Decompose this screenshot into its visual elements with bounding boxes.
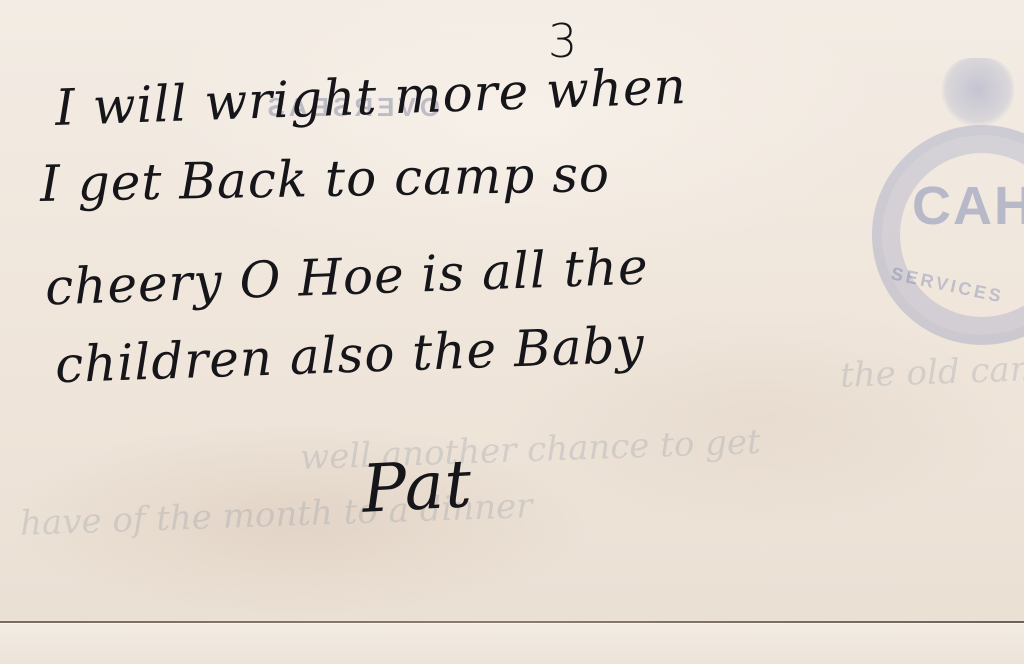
letter-line: cheery O Hoe is all the (44, 237, 649, 316)
letter-line: I will wright more when (54, 57, 688, 137)
circular-seal-stamp: CAH SERVICES (872, 125, 1024, 345)
crown-stamp-icon (942, 58, 1014, 128)
signature: Pat (360, 445, 474, 528)
paper-fold-line (0, 621, 1024, 623)
bleed-through-text: the old camp (839, 348, 1024, 396)
letter-page: the old camp well another chance to get … (0, 0, 1024, 664)
letter-line: I get Back to camp so (40, 145, 611, 213)
letter-line: children also the Baby (54, 316, 645, 395)
paper-below-fold (0, 624, 1024, 664)
